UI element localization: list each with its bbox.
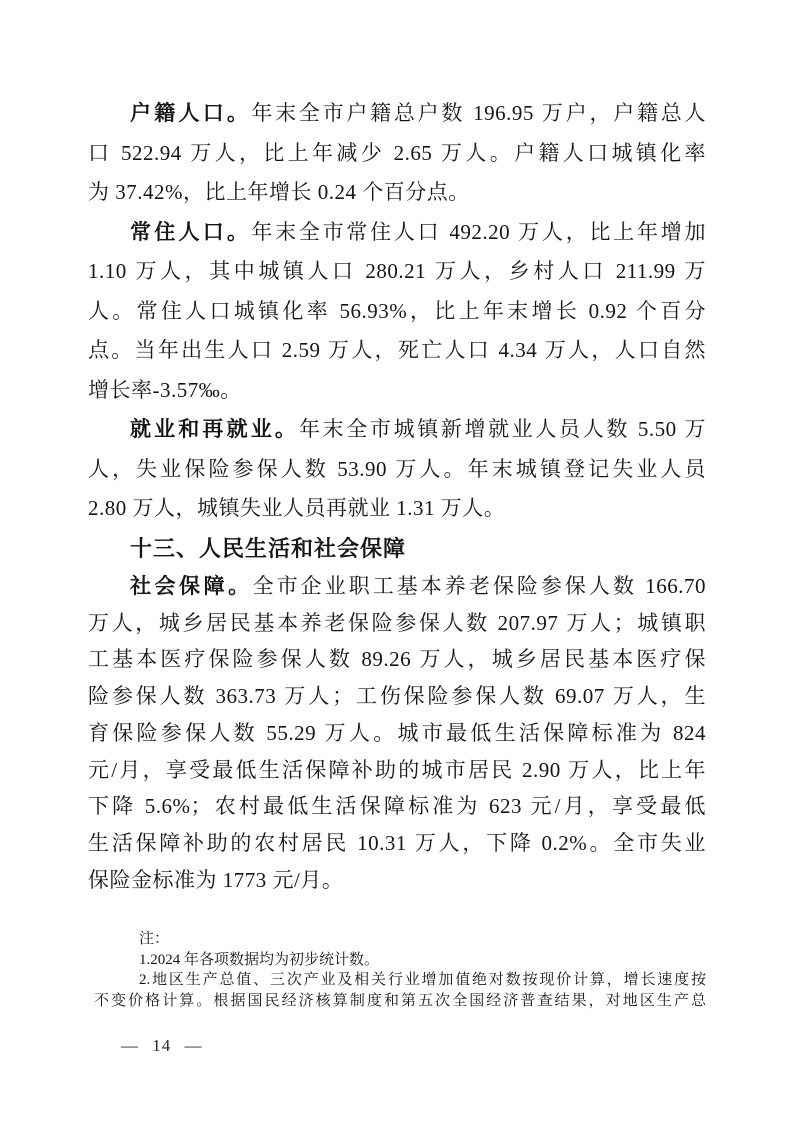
text-line: 元/月，享受最低生活保障补助的城市居民 2.90 万人，比上年 xyxy=(88,752,706,789)
paragraph-lead: 户籍人口。 xyxy=(130,101,251,125)
notes-label: 注： xyxy=(94,929,706,949)
text-line: 增长率-3.57‰。 xyxy=(88,371,706,411)
paragraph-text: 全市企业职工基本养老保险参保人数 166.70 xyxy=(253,574,706,598)
text-line: 常住人口。年末全市常住人口 492.20 万人，比上年增加 xyxy=(88,213,706,253)
paragraph-social-security: 社会保障。全市企业职工基本养老保险参保人数 166.70 万人，城乡居民基本养老… xyxy=(88,568,706,898)
text-line: 人，失业保险参保人数 53.90 万人。年末城镇登记失业人员 xyxy=(88,450,706,490)
text-line: 生活保障补助的农村居民 10.31 万人，下降 0.2%。全市失业 xyxy=(88,825,706,862)
text-line: 户籍人口。年末全市户籍总户数 196.95 万户，户籍总人 xyxy=(88,94,706,134)
text-line: 工基本医疗保险参保人数 89.26 万人，城乡居民基本医疗保 xyxy=(88,641,706,678)
text-line: 2.80 万人，城镇失业人员再就业 1.31 万人。 xyxy=(88,489,706,529)
notes-block: 注： 1.2024 年各项数据均为初步统计数。 2.地区生产总值、三次产业及相关… xyxy=(88,929,706,1011)
paragraph-lead: 常住人口。 xyxy=(130,220,251,244)
document-page: 户籍人口。年末全市户籍总户数 196.95 万户，户籍总人 口 522.94 万… xyxy=(0,0,794,1123)
page-number: — 14 — xyxy=(121,1036,203,1056)
text-line: 育保险参保人数 55.29 万人。城市最低生活保障标准为 824 xyxy=(88,715,706,752)
paragraph-text: 年末全市城镇新增就业人员人数 5.50 万 xyxy=(299,417,706,441)
text-line: 点。当年出生人口 2.59 万人，死亡人口 4.34 万人，人口自然 xyxy=(88,331,706,371)
note-line: 2.地区生产总值、三次产业及相关行业增加值绝对数按现价计算，增长速度按 xyxy=(94,970,706,990)
paragraph-employment: 就业和再就业。年末全市城镇新增就业人员人数 5.50 万 人，失业保险参保人数 … xyxy=(88,410,706,529)
text-line: 下降 5.6%；农村最低生活保障标准为 623 元/月，享受最低 xyxy=(88,788,706,825)
paragraph-registered-population: 户籍人口。年末全市户籍总户数 196.95 万户，户籍总人 口 522.94 万… xyxy=(88,94,706,213)
section-heading-13: 十三、人民生活和社会保障 xyxy=(88,529,706,569)
paragraph-text: 年末全市户籍总户数 196.95 万户，户籍总人 xyxy=(251,101,706,125)
paragraph-text: 年末全市常住人口 492.20 万人，比上年增加 xyxy=(251,220,706,244)
text-line: 保险金标准为 1773 元/月。 xyxy=(88,862,706,899)
paragraph-resident-population: 常住人口。年末全市常住人口 492.20 万人，比上年增加 1.10 万人，其中… xyxy=(88,213,706,411)
text-line: 口 522.94 万人，比上年减少 2.65 万人。户籍人口城镇化率 xyxy=(88,134,706,174)
text-line: 为 37.42%，比上年增长 0.24 个百分点。 xyxy=(88,173,706,213)
note-line: 不变价格计算。根据国民经济核算制度和第五次全国经济普查结果，对地区生产总 xyxy=(94,991,706,1011)
text-line: 就业和再就业。年末全市城镇新增就业人员人数 5.50 万 xyxy=(88,410,706,450)
text-line: 人。常住人口城镇化率 56.93%，比上年末增长 0.92 个百分 xyxy=(88,292,706,332)
text-line: 万人，城乡居民基本养老保险参保人数 207.97 万人；城镇职 xyxy=(88,605,706,642)
note-line: 1.2024 年各项数据均为初步统计数。 xyxy=(94,950,706,970)
paragraph-lead: 社会保障。 xyxy=(130,574,253,598)
paragraph-lead: 就业和再就业。 xyxy=(130,417,299,441)
page-body: 户籍人口。年末全市户籍总户数 196.95 万户，户籍总人 口 522.94 万… xyxy=(88,94,706,1011)
text-line: 1.10 万人，其中城镇人口 280.21 万人，乡村人口 211.99 万 xyxy=(88,252,706,292)
text-line: 社会保障。全市企业职工基本养老保险参保人数 166.70 xyxy=(88,568,706,605)
text-line: 险参保人数 363.73 万人；工伤保险参保人数 69.07 万人，生 xyxy=(88,678,706,715)
